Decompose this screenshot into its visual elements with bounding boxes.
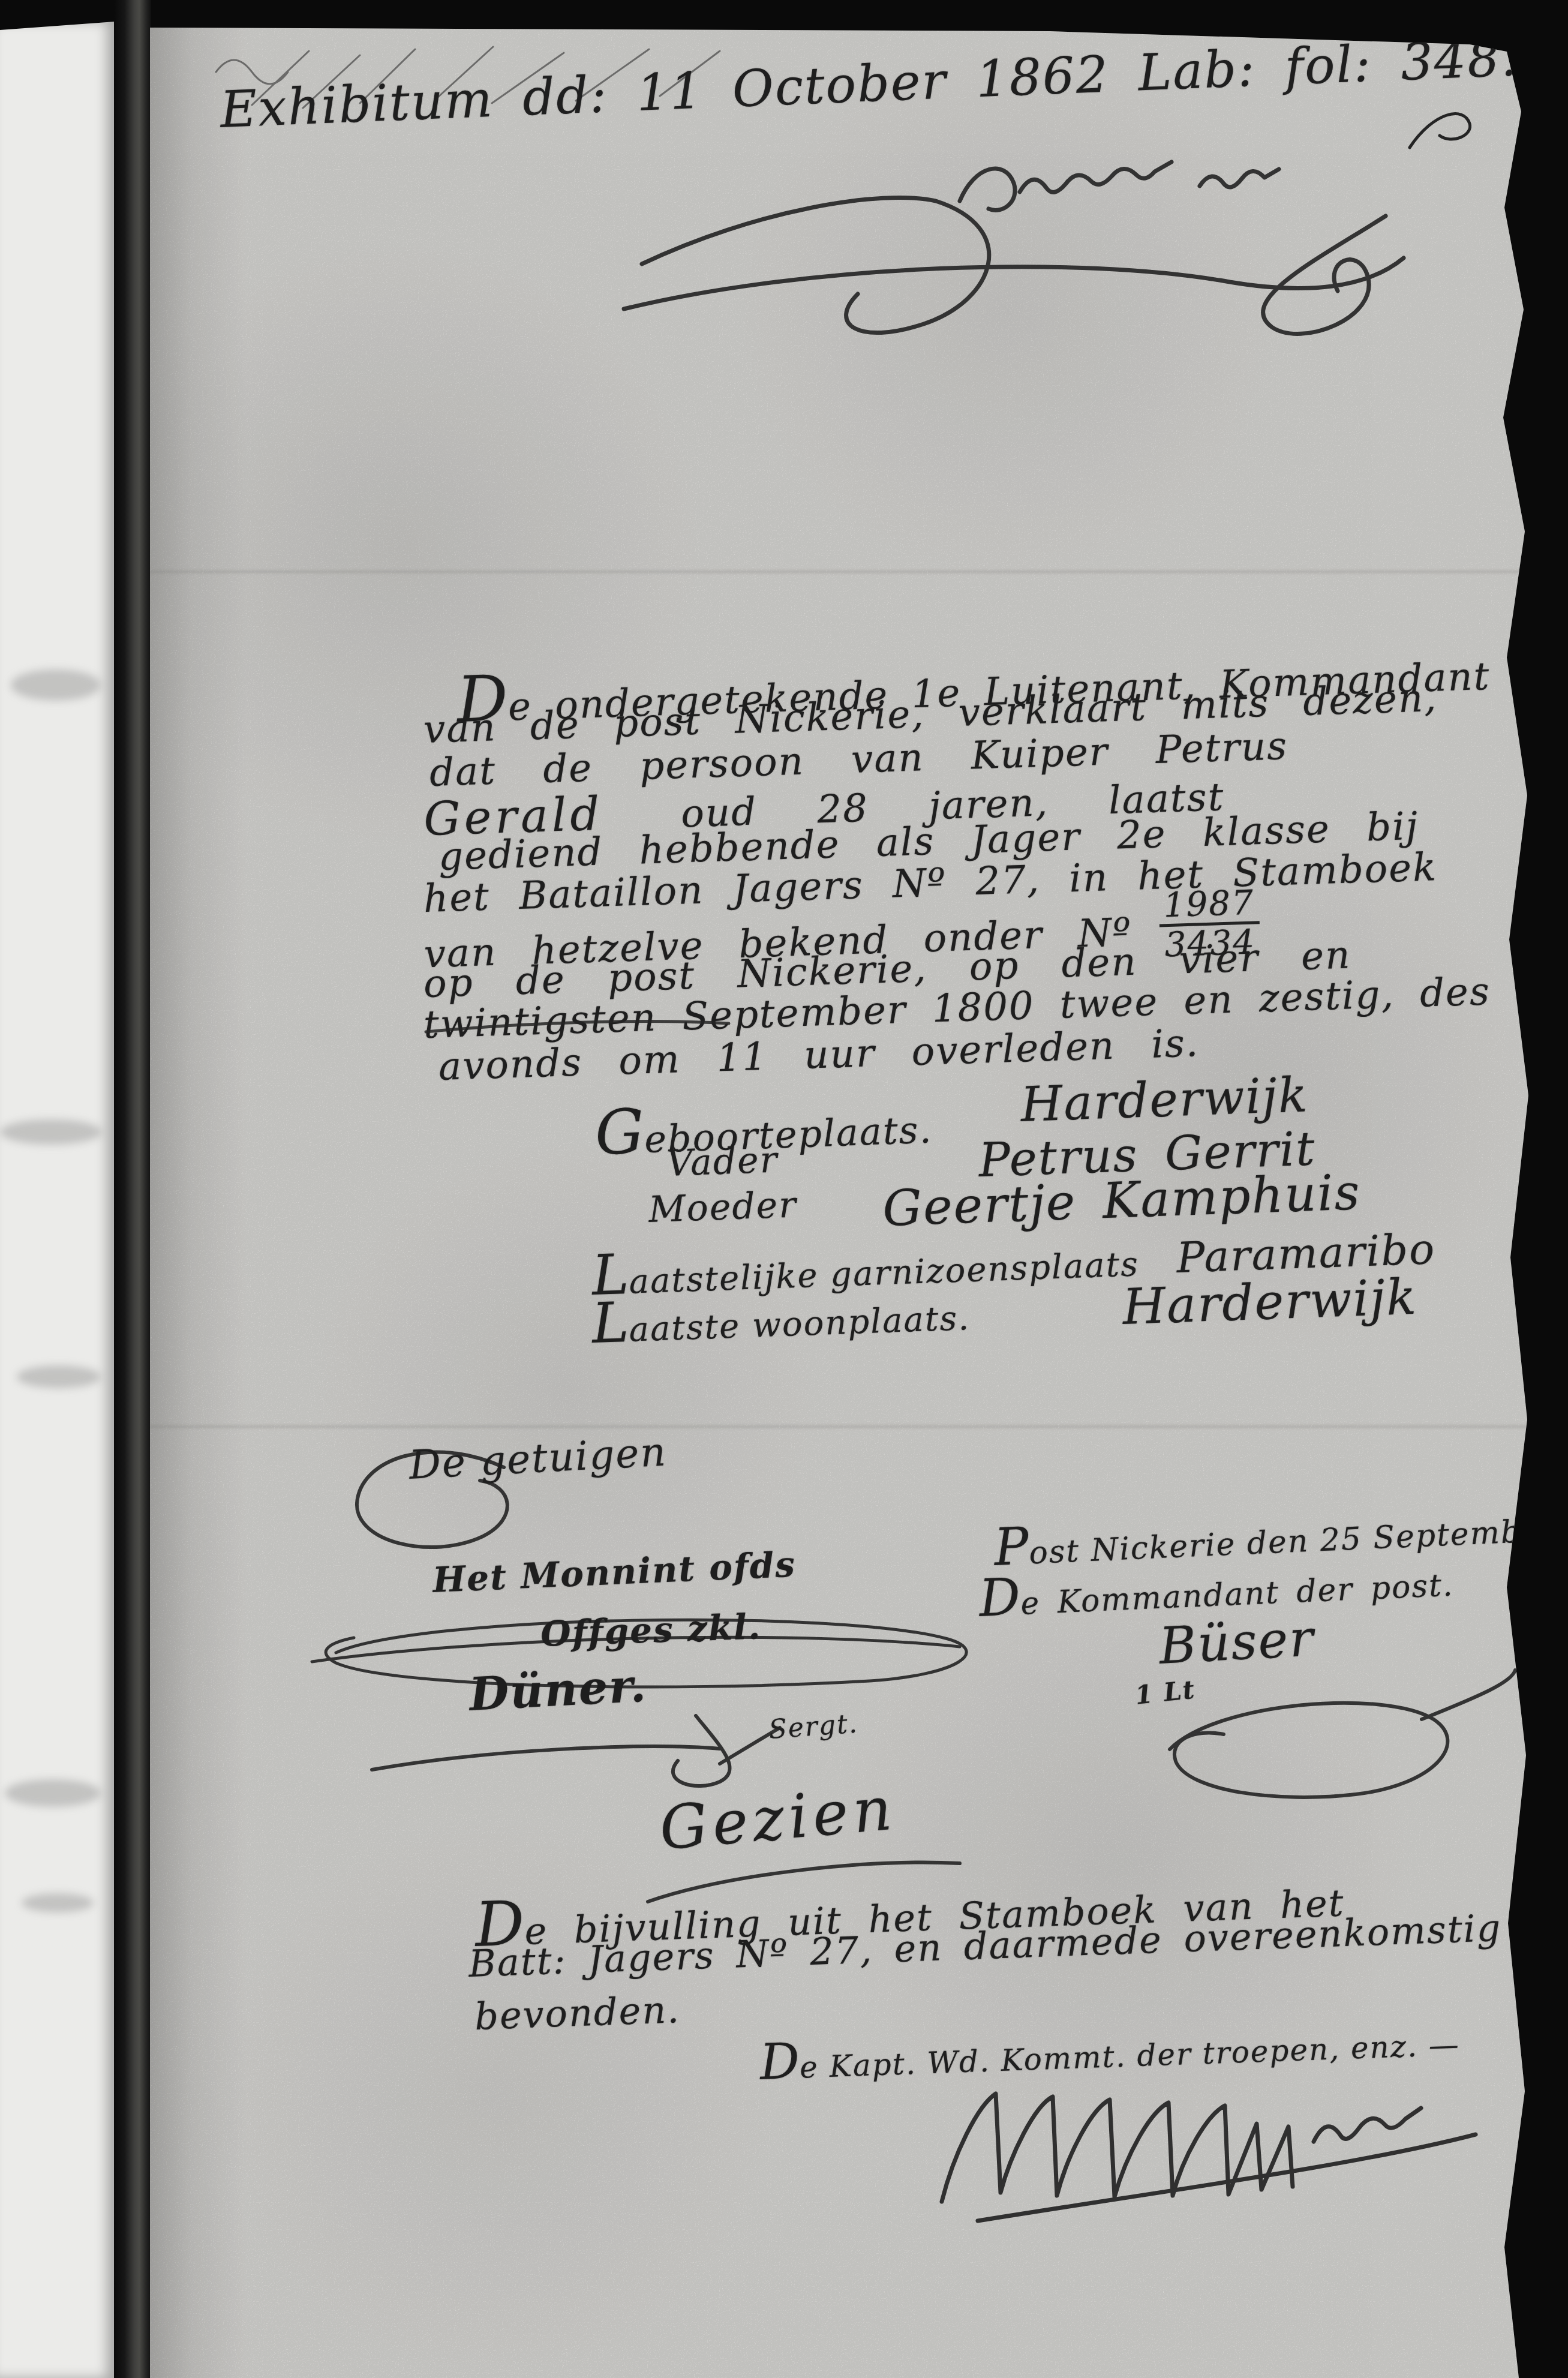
particular-label: Moeder bbox=[648, 1184, 798, 1231]
commander-signature-flourish bbox=[1098, 1647, 1518, 1803]
particular-value: Harderwijk bbox=[1020, 1067, 1309, 1133]
paper-crease bbox=[150, 1425, 1533, 1428]
ink-bleed-mark bbox=[11, 669, 101, 701]
particular-label: Vader bbox=[666, 1139, 779, 1185]
document-page: Exhibitum dd: 11 October 1862 Lab: fol: … bbox=[150, 28, 1533, 2378]
clerk-signature-flourish bbox=[600, 144, 1440, 348]
ink-bleed-mark bbox=[22, 1893, 94, 1912]
witness-signature: Offges zkl. bbox=[540, 1606, 762, 1655]
particular-label: Laatste woonplaats. bbox=[591, 1278, 971, 1356]
paper-crease bbox=[150, 571, 1533, 573]
ink-bleed-mark bbox=[0, 1119, 102, 1145]
attestation-line: bevonden. bbox=[474, 1987, 681, 2038]
ink-bleed-mark bbox=[17, 1365, 101, 1388]
officer-signature-scrawl bbox=[900, 2064, 1518, 2232]
adjacent-page-edge bbox=[0, 22, 115, 2378]
scanned-document: Exhibitum dd: 11 October 1862 Lab: fol: … bbox=[0, 0, 1568, 2378]
ink-bleed-mark bbox=[5, 1779, 101, 1807]
stamboek-number-top: 1987 bbox=[1158, 885, 1260, 927]
commander-rank: 1 Lt bbox=[1134, 1674, 1197, 1710]
binding-gutter bbox=[114, 0, 151, 2378]
witness-signature-flourish bbox=[360, 1692, 816, 1794]
particular-value: Harderwijk bbox=[1122, 1269, 1418, 1336]
